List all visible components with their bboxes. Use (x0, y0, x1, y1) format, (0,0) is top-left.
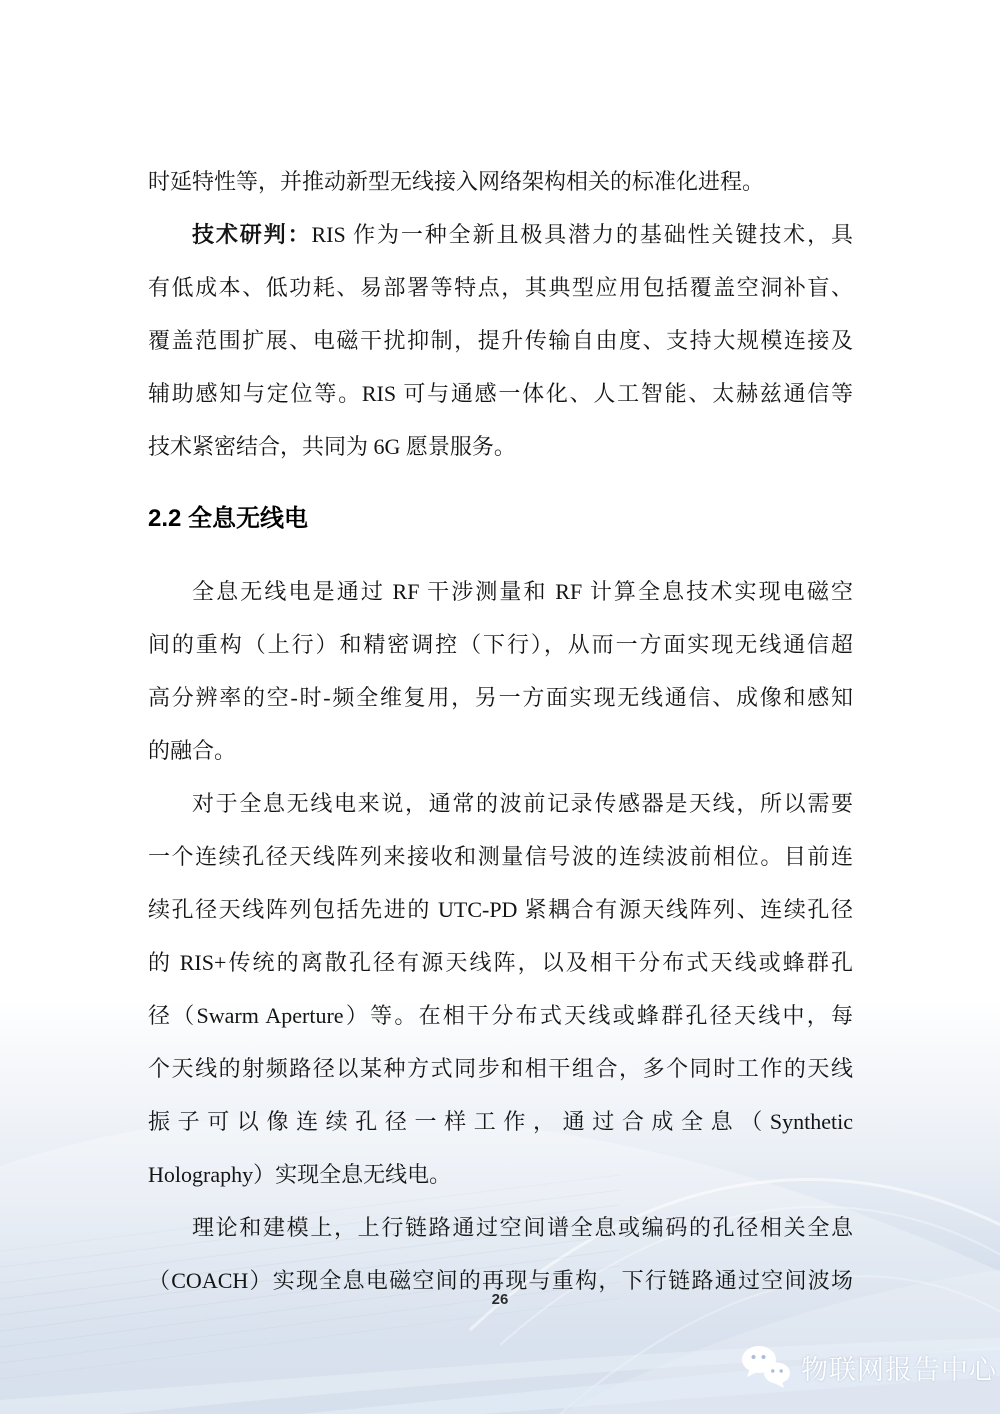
paragraph-antenna-array: 对于全息无线电来说，通常的波前记录传感器是天线，所以需要 一个连续孔径天线阵列来… (148, 777, 853, 1201)
text-line: 一个连续孔径天线阵列来接收和测量信号波的连续波前相位。目前连 (148, 830, 853, 883)
document-page: 时延特性等，并推动新型无线接入网络架构相关的标准化进程。 技术研判：RIS 作为… (0, 0, 1000, 1414)
text-line: 有低成本、低功耗、易部署等特点，其典型应用包括覆盖空洞补盲、 (148, 261, 853, 314)
text-line: 覆盖范围扩展、电磁干扰抑制，提升传输自由度、支持大规模连接及 (148, 314, 853, 367)
text-line: 辅助感知与定位等。RIS 可与通感一体化、人工智能、太赫兹通信等 (148, 367, 853, 420)
text-line: 个天线的射频路径以某种方式同步和相干组合，多个同时工作的天线 (148, 1042, 853, 1095)
text-line: 的融合。 (148, 724, 853, 777)
text-line: 续孔径天线阵列包括先进的 UTC-PD 紧耦合有源天线阵列、连续孔径 (148, 883, 853, 936)
watermark-text: 物联网报告中心 (801, 1348, 997, 1387)
page-number: 26 (0, 1291, 1000, 1308)
text-line: 技术研判：RIS 作为一种全新且极具潜力的基础性关键技术，具 (148, 208, 853, 261)
watermark: 物联网报告中心 (740, 1344, 997, 1390)
text-line: 间的重构（上行）和精密调控（下行），从而一方面实现无线通信超 (148, 618, 853, 671)
text-line: 理论和建模上，上行链路通过空间谱全息或编码的孔径相关全息 (148, 1201, 853, 1254)
judgment-lead-bold: 技术研判： (192, 222, 311, 247)
judgment-line1-rest: RIS 作为一种全新且极具潜力的基础性关键技术，具 (311, 222, 853, 247)
text-line: 对于全息无线电来说，通常的波前记录传感器是天线，所以需要 (148, 777, 853, 830)
section-heading-2-2: 2.2 全息无线电 (148, 492, 853, 545)
text-line: 技术紧密结合，共同为 6G 愿景服务。 (148, 420, 853, 473)
text-line: 时延特性等，并推动新型无线接入网络架构相关的标准化进程。 (148, 155, 853, 208)
paragraph-holographic-intro: 全息无线电是通过 RF 干涉测量和 RF 计算全息技术实现电磁空 间的重构（上行… (148, 565, 853, 777)
text-line: 的 RIS+传统的离散孔径有源天线阵，以及相干分布式天线或蜂群孔 (148, 936, 853, 989)
document-text: 时延特性等，并推动新型无线接入网络架构相关的标准化进程。 技术研判：RIS 作为… (148, 155, 853, 1307)
text-line: Holography）实现全息无线电。 (148, 1148, 853, 1201)
paragraph-ris-judgment: 技术研判：RIS 作为一种全新且极具潜力的基础性关键技术，具 有低成本、低功耗、… (148, 208, 853, 473)
text-line: 径（Swarm Aperture）等。在相干分布式天线或蜂群孔径天线中，每 (148, 989, 853, 1042)
text-line: 高分辨率的空-时-频全维复用，另一方面实现无线通信、成像和感知 (148, 671, 853, 724)
text-line: 全息无线电是通过 RF 干涉测量和 RF 计算全息技术实现电磁空 (148, 565, 853, 618)
wechat-icon (740, 1344, 792, 1390)
text-line: 振子可以像连续孔径一样工作，通过合成全息（Synthetic (148, 1095, 853, 1148)
